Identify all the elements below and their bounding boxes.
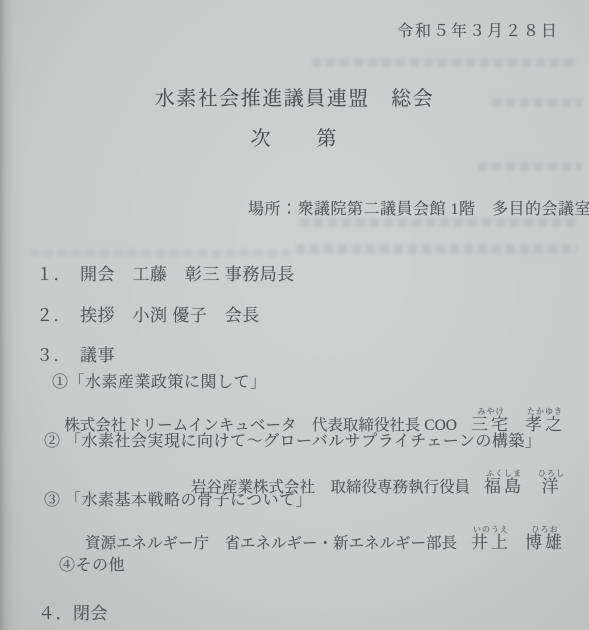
proceedings-topic-3: ③ 「水素基本戦略の骨子について」 <box>44 487 312 510</box>
bleed-through-text <box>30 249 290 257</box>
speaker-3-given-kanji: 博雄 <box>525 533 565 552</box>
bleed-through-text <box>478 162 582 171</box>
proceedings-topic-1: ①「水素産業政策に関して」 <box>52 369 267 392</box>
bleed-through-text <box>296 244 578 254</box>
agenda-document-photo: 令和５年３月２８日 水素社会推進議員連盟 総会 次 第 場所：衆議院第二議員会館… <box>0 0 589 630</box>
speaker-2-given-furigana: ひろし <box>538 469 565 478</box>
agenda-item-opening: １． 開会 工藤 彰三 事務局長 <box>36 260 295 285</box>
meeting-location: 場所：衆議院第二議員会館 1階 多目的会議室 <box>248 196 589 219</box>
speaker-1-given-furigana: たかゆき <box>525 407 565 416</box>
speaker-2-family-name: 福島ふくしま <box>484 477 524 496</box>
document-date: 令和５年３月２８日 <box>397 18 559 41</box>
proceedings-topic-4-other: ④その他 <box>59 552 125 575</box>
bleed-through-text <box>312 58 578 67</box>
speaker-1-family-furigana: みやけ <box>471 407 511 416</box>
agenda-item-greeting: ２． 挨拶 小渕 優子 会長 <box>36 301 260 326</box>
speaker-3-given-furigana: ひろお <box>525 525 565 534</box>
document-subtitle: 次 第 <box>0 122 589 151</box>
agenda-item-proceedings: ３． 議事 <box>36 341 115 366</box>
speaker-2-family-kanji: 福島 <box>484 477 524 496</box>
speaker-2-given-kanji: 洋 <box>538 477 565 496</box>
speaker-3-family-furigana: いのうえ <box>471 525 511 534</box>
speaker-line-3: 資源エネルギー庁 省エネルギー・新エネルギー部長井上いのうえ博雄ひろお <box>69 508 565 571</box>
speaker-3-family-kanji: 井上 <box>471 533 511 552</box>
speaker-3-family-name: 井上いのうえ <box>471 533 511 552</box>
proceedings-topic-2: ② 「水素社会実現に向けて～グローバルサプライチェーンの構築」 <box>44 428 541 451</box>
document-title: 水素社会推進議員連盟 総会 <box>0 82 589 111</box>
bleed-through-text <box>300 218 578 227</box>
agenda-item-closing: ４．閉会 <box>38 599 108 624</box>
speaker-2-family-furigana: ふくしま <box>484 469 524 478</box>
speaker-3-given-name: 博雄ひろお <box>525 533 565 552</box>
speaker-2-given-name: 洋ひろし <box>538 477 565 496</box>
speaker-3-org: 資源エネルギー庁 省エネルギー・新エネルギー部長 <box>85 535 457 552</box>
